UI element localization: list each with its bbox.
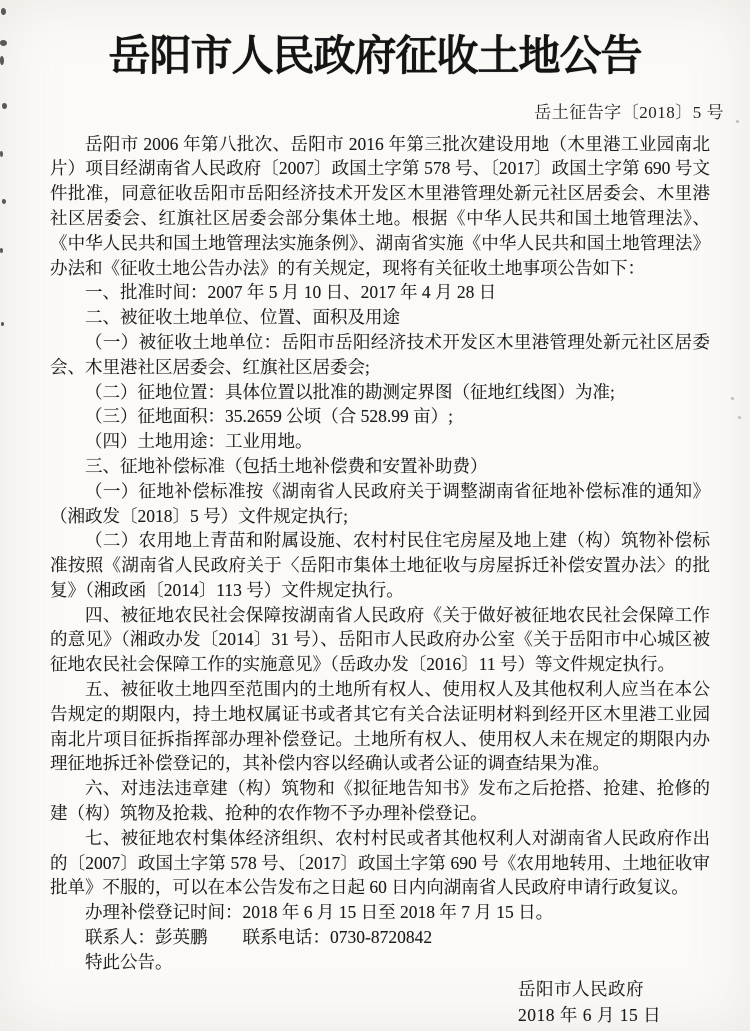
paragraph-intro: 岳阳市 2006 年第八批次、岳阳市 2016 年第三批次建设用地（木里港工业园… — [50, 132, 710, 281]
issue-date: 2018 年 6 月 15 日 — [518, 1002, 661, 1028]
scan-artifact — [0, 151, 3, 157]
scan-artifact — [0, 248, 3, 253]
paragraph-section-3: 三、征地补偿标准（包括土地补偿费和安置补助费） — [50, 454, 710, 479]
scan-artifact — [731, 397, 734, 400]
paragraph-closing: 特此公告。 — [50, 950, 710, 975]
paragraph-registration: 五、被征收土地四至范围内的土地所有权人、使用权人及其他权利人应当在本公告规定的期… — [50, 677, 710, 776]
scan-artifact — [2, 103, 7, 109]
paragraph-review-rights: 七、被征地农村集体经济组织、农村村民或者其他权利人对湖南省人民政府作出的〔200… — [50, 826, 710, 900]
paragraph-compensation-standard: （一）征地补偿标准按《湖南省人民政府关于调整湖南省征地补偿标准的通知》（湘政发〔… — [50, 479, 710, 529]
document-number: 岳土征告字〔2018〕5 号 — [0, 98, 724, 123]
paragraph-land-location: （二）征地位置：具体位置以批准的勘测定界图（征地红线图）为准; — [50, 380, 710, 405]
document-body: 岳阳市 2006 年第八批次、岳阳市 2016 年第三批次建设用地（木里港工业园… — [50, 132, 710, 975]
paragraph-contact: 联系人：彭英鹏 联系电话：0730-8720842 — [50, 925, 710, 950]
signature-block: 岳阳市人民政府 2018 年 6 月 15 日 — [518, 976, 661, 1028]
paragraph-crops-buildings: （二）农用地上青苗和附属设施、农村村民住宅房屋及地上建（构）筑物补偿标准按照《湖… — [50, 528, 710, 602]
scan-artifact — [738, 416, 741, 419]
scan-artifact — [736, 120, 739, 123]
document-title: 岳阳市人民政府征收土地公告 — [0, 0, 750, 83]
scan-artifact — [2, 199, 6, 204]
paragraph-registration-period: 办理补偿登记时间：2018 年 6 月 15 日至 2018 年 7 月 15 … — [50, 900, 710, 925]
paragraph-illegal-structures: 六、对违法违章建（构）筑物和《拟征地告知书》发布之后抢搭、抢建、抢修的建（构）筑… — [50, 776, 710, 826]
scanned-document-page: 岳阳市人民政府征收土地公告 岳土征告字〔2018〕5 号 岳阳市 2006 年第… — [0, 0, 750, 1031]
paragraph-approval-time: 一、批准时间：2007 年 5 月 10 日、2017 年 4 月 28 日 — [50, 280, 710, 305]
paragraph-land-use: （四）土地用途：工业用地。 — [50, 429, 710, 454]
paragraph-section-2: 二、被征收土地单位、位置、面积及用途 — [50, 305, 710, 330]
scan-artifact — [1, 8, 6, 15]
issuer-name: 岳阳市人民政府 — [518, 976, 661, 1002]
paragraph-land-units: （一）被征收土地单位：岳阳市岳阳经济技术开发区木里港管理处新元社区居委会、木里港… — [50, 330, 710, 380]
scan-artifact — [0, 56, 4, 65]
scan-artifact — [0, 40, 7, 46]
paragraph-social-security: 四、被征地农民社会保障按湖南省人民政府《关于做好被征地农民社会保障工作的意见》（… — [50, 603, 710, 677]
scan-artifact — [1, 322, 4, 326]
paragraph-land-area: （三）征地面积：35.2659 公顷（合 528.99 亩）; — [50, 404, 710, 429]
